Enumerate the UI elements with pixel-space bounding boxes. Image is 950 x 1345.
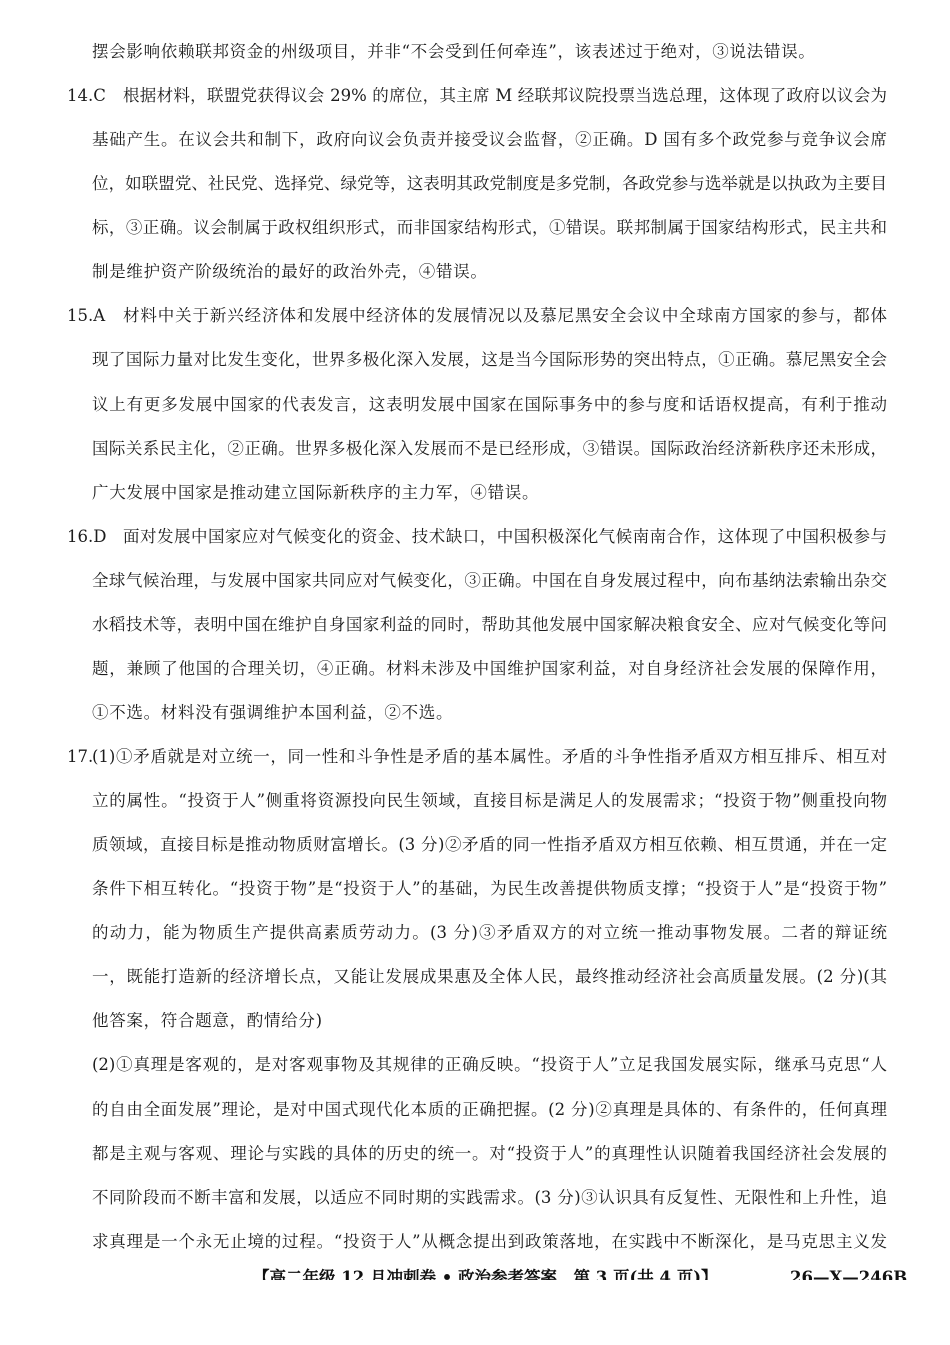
footer-code: 26—X—246B [790, 1269, 907, 1280]
text-line: (1)①矛盾就是对立统一，同一性和斗争性是矛盾的基本属性。矛盾的斗争性指矛盾双方… [92, 735, 887, 779]
page-footer: 【高二年级 12 月冲刺卷 • 政治参考答案 第 3 页(共 4 页)】 26—… [0, 1266, 950, 1280]
sub-question-2: (2)①真理是客观的，是对客观事物及其规律的正确反映。“投资于人”立足我国发展实… [92, 1043, 887, 1263]
question-index: 16. [67, 527, 93, 546]
text-line: 材料中关于新兴经济体和发展中经济体的发展情况以及慕尼黑安全会议中全球南方国家的参… [92, 294, 887, 338]
text-line: 一，既能打造新的经济增长点，又能让发展成果惠及全体人民，最终推动经济社会高质量发… [92, 955, 887, 999]
question-16: 16.D 面对发展中国家应对气候变化的资金、技术缺口，中国积极深化气候南南合作，… [92, 515, 887, 735]
text-line: 都是主观与客观、理论与实践的具体的历史的统一。对“投资于人”的真理性认识随着我国… [92, 1132, 887, 1176]
question-index: 14. [67, 86, 93, 105]
text-line: 标，③正确。议会制属于政权组织形式，而非国家结构形式，①错误。联邦制属于国家结构… [92, 206, 887, 250]
footer-title: 【高二年级 12 月冲刺卷 • 政治参考答案 第 3 页(共 4 页)】 [253, 1269, 718, 1280]
text-line: 位，如联盟党、社民党、选择党、绿党等，这表明其政党制度是多党制，各政党参与选举就… [92, 162, 887, 206]
text-line: 质领域，直接目标是推动物质财富增长。(3 分)②矛盾的同一性指矛盾双方相互依赖、… [92, 823, 887, 867]
text-line: 求真理是一个永无止境的过程。“投资于人”从概念提出到政策落地，在实践中不断深化，… [92, 1220, 887, 1264]
text-line: 题，兼顾了他国的合理关切，④正确。材料未涉及中国维护国家利益，对自身经济社会发展… [92, 647, 887, 691]
text-line: 广大发展中国家是推动建立国际新秩序的主力军，④错误。 [92, 471, 887, 515]
question-17: 17. (1)①矛盾就是对立统一，同一性和斗争性是矛盾的基本属性。矛盾的斗争性指… [92, 735, 887, 1264]
answer-key-page: 摆会影响依赖联邦资金的州级项目，并非“不会受到任何牵连”，该表述过于绝对，③说法… [0, 0, 950, 1345]
text-line: (2)①真理是客观的，是对客观事物及其规律的正确反映。“投资于人”立足我国发展实… [92, 1043, 887, 1087]
text-line: 议上有更多发展中国家的代表发言，这表明发展中国家在国际事务中的参与度和话语权提高… [92, 383, 887, 427]
text-line: 条件下相互转化。“投资于物”是“投资于人”的基础，为民生改善提供物质支撑；“投资… [92, 867, 887, 911]
text-line: 水稻技术等，表明中国在维护自身国家利益的同时，帮助其他发展中国家解决粮食安全、应… [92, 603, 887, 647]
text-line: 面对发展中国家应对气候变化的资金、技术缺口，中国积极深化气候南南合作，这体现了中… [92, 515, 887, 559]
sub-question-1: (1)①矛盾就是对立统一，同一性和斗争性是矛盾的基本属性。矛盾的斗争性指矛盾双方… [92, 735, 887, 1043]
sub-question-label: (1) [92, 747, 115, 766]
text-line: 全球气候治理，与发展中国家共同应对气候变化，③正确。中国在自身发展过程中，向布基… [92, 559, 887, 603]
question-number: 17. [67, 735, 93, 779]
text-line: 根据材料，联盟党获得议会 29% 的席位，其主席 M 经联邦议院投票当选总理，这… [92, 74, 887, 118]
text-line-content: ①矛盾就是对立统一，同一性和斗争性是矛盾的基本属性。矛盾的斗争性指矛盾双方相互排… [115, 747, 887, 766]
question-13-continuation: 摆会影响依赖联邦资金的州级项目，并非“不会受到任何牵连”，该表述过于绝对，③说法… [92, 30, 887, 74]
text-line: 不同阶段而不断丰富和发展，以适应不同时期的实践需求。(3 分)③认识具有反复性、… [92, 1176, 887, 1220]
text-line: 现了国际力量对比发生变化，世界多极化深入发展，这是当今国际形势的突出特点，①正确… [92, 338, 887, 382]
text-line: ①不选。材料没有强调维护本国利益，②不选。 [92, 691, 887, 735]
document-body: 摆会影响依赖联邦资金的州级项目，并非“不会受到任何牵连”，该表述过于绝对，③说法… [92, 30, 887, 1264]
text-line-content: ①真理是客观的，是对客观事物及其规律的正确反映。“投资于人”立足我国发展实际，继… [115, 1055, 887, 1074]
sub-question-label: (2) [92, 1055, 115, 1074]
question-14: 14.C 根据材料，联盟党获得议会 29% 的席位，其主席 M 经联邦议院投票当… [92, 74, 887, 294]
question-index: 15. [67, 306, 93, 325]
text-line: 的自由全面发展”理论，是对中国式现代化本质的正确把握。(2 分)②真理是具体的、… [92, 1088, 887, 1132]
text-line: 制是维护资产阶级统治的最好的政治外壳，④错误。 [92, 250, 887, 294]
text-line: 的动力，能为物质生产提供高素质劳动力。(3 分)③矛盾双方的对立统一推动事物发展… [92, 911, 887, 955]
question-index: 17. [67, 747, 93, 766]
text-line: 国际关系民主化，②正确。世界多极化深入发展而不是已经形成，③错误。国际政治经济新… [92, 427, 887, 471]
text-line: 立的属性。“投资于人”侧重将资源投向民生领域，直接目标是满足人的发展需求；“投资… [92, 779, 887, 823]
text-line: 基础产生。在议会共和制下，政府向议会负责并接受议会监督，②正确。D 国有多个政党… [92, 118, 887, 162]
text-line: 他答案，符合题意，酌情给分) [92, 999, 887, 1043]
text-line: 摆会影响依赖联邦资金的州级项目，并非“不会受到任何牵连”，该表述过于绝对，③说法… [92, 30, 887, 74]
question-15: 15.A 材料中关于新兴经济体和发展中经济体的发展情况以及慕尼黑安全会议中全球南… [92, 294, 887, 514]
